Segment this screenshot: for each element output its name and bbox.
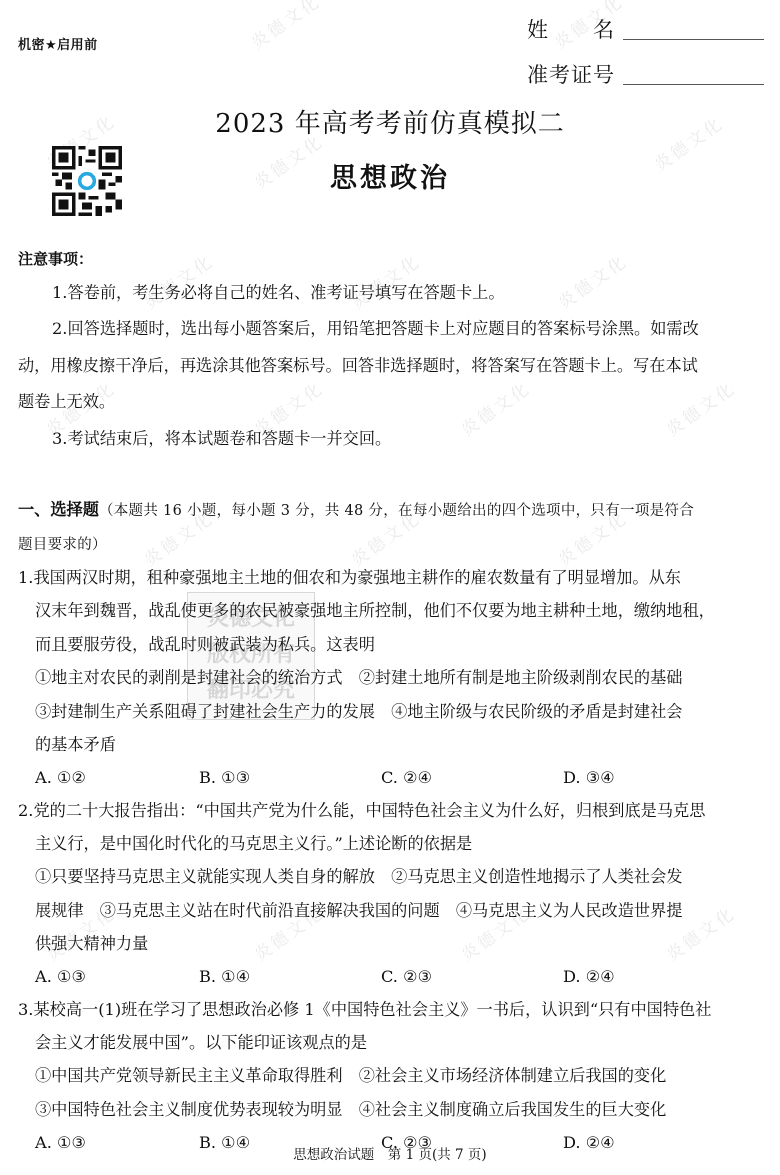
exam-id-field-input-line[interactable] (623, 83, 764, 85)
confidential-label: 机密★启用前 (18, 34, 98, 53)
section-instructions-continued: 题目要求的） (18, 535, 766, 555)
option-b[interactable]: B. ①③ (199, 768, 250, 787)
question-statement: ③中国特色社会主义制度优势表现较为明显 ④社会主义制度确立后我国发生的巨大变化 (35, 1100, 780, 1120)
option-b[interactable]: B. ①④ (199, 967, 250, 986)
option-a[interactable]: A. ①② (35, 768, 86, 787)
question-number: 3. (18, 1000, 33, 1019)
option-c[interactable]: C. ②④ (381, 768, 432, 787)
notice-item: 1.答卷前，考生务必将自己的姓名、准考证号填写在答题卡上。 (52, 283, 780, 303)
name-field-input-line[interactable] (623, 38, 764, 40)
option-c[interactable]: C. ②③ (381, 967, 432, 986)
exam-title: 2023 年高考考前仿真模拟二 (0, 103, 780, 140)
name-field-label: 姓 名 (527, 14, 615, 44)
question-text: 某校高一(1)班在学习了思想政治必修 1《中国特色社会主义》一书后，认识到“只有… (33, 1000, 711, 1019)
notice-item-continued: 动，用橡皮擦干净后，再选涂其他答案标号。回答非选择题时，将答案写在答题卡上。写在… (18, 356, 766, 376)
question-statement: ①中国共产党领导新民主主义革命取得胜利 ②社会主义市场经济体制建立后我国的变化 (35, 1066, 780, 1086)
section-instructions: （本题共 16 小题，每小题 3 分，共 48 分，在每小题给出的四个选项中，只… (99, 503, 694, 519)
watermark-text: 炎德文化 (245, 0, 325, 54)
page-footer: 思想政治试题 第 1 页(共 7 页) (0, 1143, 780, 1163)
exam-id-field-label: 准考证号 (527, 59, 615, 89)
question-statement: ①地主对农民的剥削是封建社会的统治方式 ②封建土地所有制是地主阶级剥削农民的基础 (35, 668, 780, 688)
watermark-text: 炎德文化 (552, 247, 632, 313)
question-statement: ①只要坚持马克思主义就能实现人类自身的解放 ②马克思主义创造性地揭示了人类社会发 (35, 867, 780, 887)
question-statement: ③封建制生产关系阻碍了封建社会生产力的发展 ④地主阶级与农民阶级的矛盾是封建社会 (35, 702, 780, 722)
question-statement: 供强大精神力量 (35, 934, 780, 954)
question-text: 而且要服劳役，战乱时则被武装为私兵。这表明 (35, 635, 780, 655)
question-number: 1. (18, 568, 33, 587)
notice-heading: 注意事项： (18, 248, 93, 269)
question-3-stem: 3.某校高一(1)班在学习了思想政治必修 1《中国特色社会主义》一书后，认识到“… (18, 1000, 766, 1020)
question-text: 我国两汉时期，租种豪强地主土地的佃农和为豪强地主耕作的雇农数量有了明显增加。从东 (33, 568, 681, 587)
question-statement: 的基本矛盾 (35, 735, 780, 755)
question-number: 2. (18, 801, 33, 820)
notice-item-continued: 题卷上无效。 (18, 392, 766, 412)
question-statement: 展规律 ③马克思主义站在时代前沿直接解决我国的问题 ④马克思主义为人民改造世界提 (35, 901, 780, 921)
option-d[interactable]: D. ②④ (563, 967, 615, 986)
question-text: 主义行，是中国化时代化的马克思主义行。”上述论断的依据是 (35, 834, 780, 854)
watermark-text: 炎德文化 (345, 247, 425, 313)
watermark-text: 炎德文化 (138, 247, 218, 313)
section-heading: 一、选择题（本题共 16 小题，每小题 3 分，共 48 分，在每小题给出的四个… (18, 500, 766, 521)
section-title: 一、选择题 (18, 500, 99, 519)
option-a[interactable]: A. ①③ (35, 967, 86, 986)
question-1-stem: 1.我国两汉时期，租种豪强地主土地的佃农和为豪强地主耕作的雇农数量有了明显增加。… (18, 568, 766, 588)
notice-item: 3.考试结束后，将本试题卷和答题卡一并交回。 (52, 429, 780, 449)
notice-item: 2.回答选择题时，选出每小题答案后，用铅笔把答题卡上对应题目的答案标号涂黑。如需… (52, 319, 780, 339)
question-2-stem: 2.党的二十大报告指出：“中国共产党为什么能，中国特色社会主义为什么好，归根到底… (18, 801, 766, 821)
question-text: 汉末年到魏晋，战乱使更多的农民被豪强地主所控制，他们不仅要为地主耕种土地，缴纳地… (35, 601, 780, 621)
option-d[interactable]: D. ③④ (563, 768, 615, 787)
question-text: 会主义才能发展中国”。以下能印证该观点的是 (35, 1033, 780, 1053)
question-text: 党的二十大报告指出：“中国共产党为什么能，中国特色社会主义为什么好，归根到底是马… (33, 801, 705, 820)
subject-title: 思想政治 (0, 156, 780, 195)
